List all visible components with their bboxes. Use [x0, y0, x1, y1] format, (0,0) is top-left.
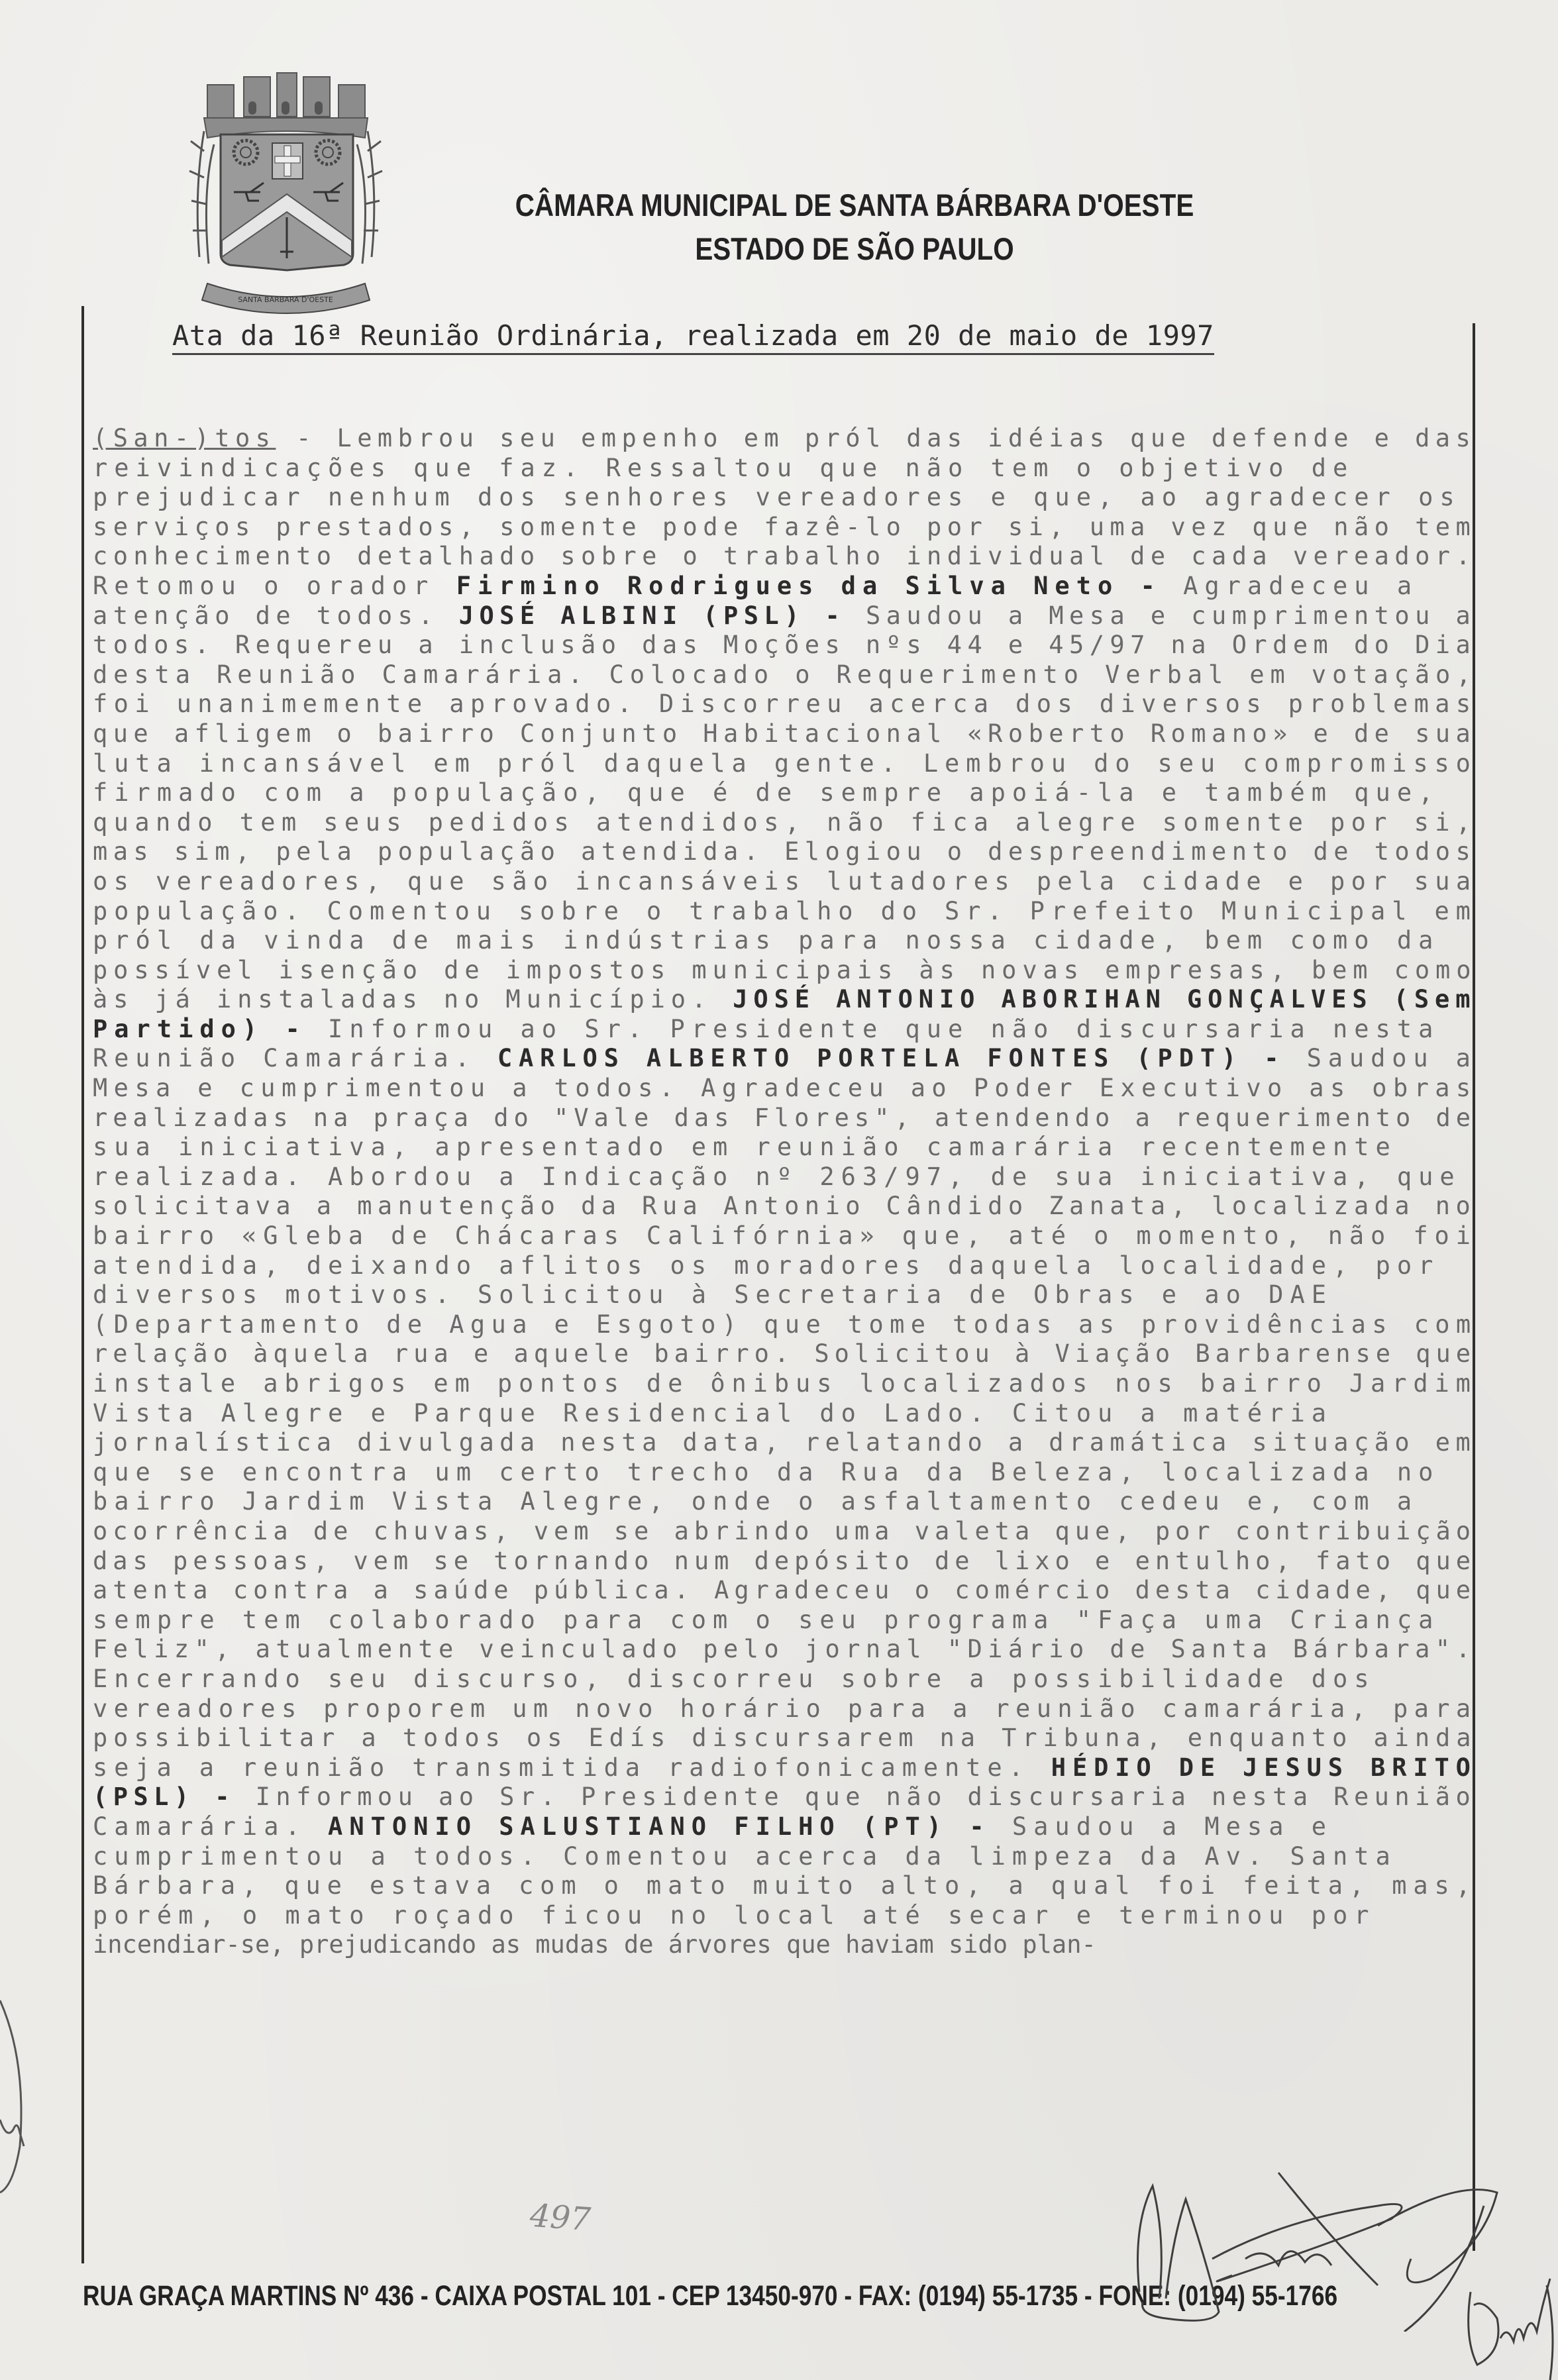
minutes-text: prejudicar nenhum dos senhores vereadore… [93, 483, 1461, 511]
speaker-name: ANTONIO SALUSTIANO FILHO (PT) - [328, 1812, 991, 1841]
minutes-text: quando tem seus pedidos atendidos, não f… [93, 808, 1477, 837]
minutes-text: mas sim, pela população atendida. Elogio… [93, 837, 1476, 866]
minutes-line: diversos motivos. Solicitou à Secretaria… [93, 1280, 1471, 1310]
minutes-text: desta Reunião Camarária. Colocado o Requ… [93, 660, 1477, 689]
minutes-text: atendida, deixando aflitos os moradores … [93, 1251, 1439, 1280]
minutes-line: Partido) - Informou ao Sr. Presidente qu… [93, 1015, 1471, 1045]
minutes-line: vereadores proporem um novo horário para… [93, 1694, 1471, 1724]
minutes-text: Saudou a Mesa e [991, 1812, 1333, 1841]
minutes-text: instale abrigos em pontos de ônibus loca… [93, 1369, 1477, 1398]
minutes-text: Feliz", atualmente veinculado pelo jorna… [93, 1635, 1476, 1663]
minutes-text: pról da vinda de mais indústrias para no… [93, 926, 1439, 955]
minutes-line: Encerrando seu discurso, discorreu sobre… [93, 1665, 1471, 1694]
minutes-text: vereadores proporem um novo horário para… [93, 1694, 1477, 1723]
minutes-text: às já instaladas no Município. [93, 985, 733, 1013]
minutes-line: foi unanimemente aprovado. Discorreu ace… [93, 690, 1471, 719]
minutes-line: realizadas na praça do "Vale das Flores"… [93, 1104, 1471, 1133]
minutes-text: Reunião Camarária. [93, 1044, 497, 1072]
minutes-text: diversos motivos. Solicitou à Secretaria… [93, 1280, 1333, 1309]
minutes-line: atenção de todos. JOSÉ ALBINI (PSL) - Sa… [93, 601, 1471, 631]
minutes-line: bairro Jardim Vista Alegre, onde o asfal… [93, 1487, 1471, 1517]
minutes-line: reivindicações que faz. Ressaltou que nã… [93, 454, 1471, 484]
speaker-name: CARLOS ALBERTO PORTELA FONTES (PDT) - [497, 1044, 1286, 1072]
minutes-line: jornalística divulgada nesta data, relat… [93, 1428, 1471, 1458]
minutes-text: firmado com a população, que é de sempre… [93, 778, 1439, 807]
minutes-text: Informou ao Sr. Presidente que não discu… [307, 1015, 1440, 1043]
speaker-name: JOSÉ ALBINI (PSL) - [459, 601, 845, 630]
minutes-text: seja a reunião transmitida radiofonicame… [93, 1753, 1051, 1782]
minutes-line: ocorrência de chuvas, vem se abrindo uma… [93, 1517, 1471, 1547]
minutes-title-text: Ata da 16ª Reunião Ordinária, realizada … [172, 319, 1214, 355]
minutes-text: atenta contra a saúde pública. Agradeceu… [93, 1576, 1476, 1604]
minutes-line: seja a reunião transmitida radiofonicame… [93, 1753, 1471, 1783]
continued-word: (San-)tos [93, 424, 276, 452]
minutes-text: os vereadores, que são incansáveis lutad… [93, 867, 1477, 896]
minutes-text: Vista Alegre e Parque Residencial do Lad… [93, 1399, 1333, 1427]
minutes-line: os vereadores, que são incansáveis lutad… [93, 867, 1471, 897]
minutes-text: luta incansável em pról daquela gente. L… [93, 749, 1477, 778]
minutes-line: possibilitar a todos os Edís discursarem… [93, 1724, 1471, 1753]
minutes-line: cumprimentou a todos. Comentou acerca da… [93, 1842, 1471, 1872]
minutes-text: relação àquela rua e aquele bairro. Soli… [93, 1339, 1476, 1368]
minutes-line: porém, o mato roçado ficou no local até … [93, 1901, 1471, 1931]
minutes-line: atendida, deixando aflitos os moradores … [93, 1251, 1471, 1281]
minutes-line: quando tem seus pedidos atendidos, não f… [93, 808, 1471, 838]
minutes-text: todos. Requereu a inclusão das Moções nº… [93, 631, 1476, 659]
minutes-text: serviços prestados, somente pode fazê-lo… [93, 513, 1476, 541]
minutes-body: (San-)tos - Lembrou seu empenho em pról … [93, 424, 1471, 1960]
minutes-text: solicitava a manutenção da Rua Antonio C… [93, 1192, 1476, 1220]
speaker-name: Partido) - [93, 1015, 307, 1043]
minutes-line: todos. Requereu a inclusão das Moções nº… [93, 631, 1471, 660]
minutes-text: reivindicações que faz. Ressaltou que nã… [93, 454, 1354, 482]
minutes-text: Bárbara, que estava com o mato muito alt… [93, 1871, 1477, 1900]
minutes-text: que afligem o bairro Conjunto Habitacion… [93, 719, 1476, 748]
minutes-line: Retomou o orador Firmino Rodrigues da Si… [93, 572, 1471, 601]
minutes-line: (Departamento de Agua e Esgoto) que tome… [93, 1310, 1471, 1340]
minutes-line: sua iniciativa, apresentado em reunião c… [93, 1133, 1471, 1163]
minutes-line: sempre tem colaborado para com o seu pro… [93, 1606, 1471, 1635]
minutes-text: atenção de todos. [93, 601, 459, 630]
minutes-text: possibilitar a todos os Edís discursarem… [93, 1724, 1477, 1752]
minutes-text: realizada. Abordou a Indicação nº 263/97… [93, 1163, 1461, 1191]
minutes-text: sua iniciativa, apresentado em reunião c… [93, 1133, 1397, 1161]
minutes-line: que se encontra um certo trecho da Rua d… [93, 1458, 1471, 1488]
minutes-line: luta incansável em pról daquela gente. L… [93, 749, 1471, 779]
minutes-text: bairro «Gleba de Chácaras Califórnia» qu… [93, 1221, 1477, 1250]
minutes-text: Informou ao Sr. Presidente que não discu… [235, 1783, 1476, 1811]
minutes-text: Encerrando seu discurso, discorreu sobre… [93, 1665, 1376, 1693]
minutes-text: cumprimentou a todos. Comentou acerca da… [93, 1842, 1397, 1871]
minutes-line: Camarária. ANTONIO SALUSTIANO FILHO (PT)… [93, 1812, 1471, 1842]
left-margin-line [81, 306, 84, 2263]
minutes-text: Saudou a [1285, 1044, 1477, 1072]
minutes-line: realizada. Abordou a Indicação nº 263/97… [93, 1163, 1471, 1192]
minutes-text: Saudou a Mesa e cumprimentou a [845, 601, 1476, 630]
footer-address: RUA GRAÇA MARTINS Nº 436 - CAIXA POSTAL … [83, 2280, 1288, 2312]
minutes-text: Mesa e cumprimentou a todos. Agradeceu a… [93, 1074, 1477, 1102]
state-name: ESTADO DE SÃO PAULO [484, 231, 1225, 267]
minutes-text: jornalística divulgada nesta data, relat… [93, 1428, 1476, 1457]
minutes-line: que afligem o bairro Conjunto Habitacion… [93, 719, 1471, 749]
minutes-line: conhecimento detalhado sobre o trabalho … [93, 542, 1471, 572]
minutes-text: conhecimento detalhado sobre o trabalho … [93, 542, 1476, 570]
minutes-text: foi unanimemente aprovado. Discorreu ace… [93, 690, 1477, 718]
institution-name: CÂMARA MUNICIPAL DE SANTA BÁRBARA D'OEST… [484, 187, 1225, 223]
minutes-text: bairro Jardim Vista Alegre, onde o asfal… [93, 1487, 1418, 1516]
minutes-line: (San-)tos - Lembrou seu empenho em pról … [93, 424, 1471, 454]
minutes-text: que se encontra um certo trecho da Rua d… [93, 1458, 1439, 1486]
minutes-text: Retomou o orador [93, 572, 456, 600]
minutes-text: - Lembrou seu empenho em pról das idéias… [276, 424, 1476, 452]
minutes-line: pról da vinda de mais indústrias para no… [93, 926, 1471, 956]
minutes-text: ocorrência de chuvas, vem se abrindo uma… [93, 1517, 1476, 1545]
minutes-line: Bárbara, que estava com o mato muito alt… [93, 1871, 1471, 1901]
minutes-text: realizadas na praça do "Vale das Flores"… [93, 1104, 1476, 1132]
minutes-line: Feliz", atualmente veinculado pelo jorna… [93, 1635, 1471, 1665]
minutes-line: mas sim, pela população atendida. Elogio… [93, 837, 1471, 867]
minutes-line: desta Reunião Camarária. Colocado o Requ… [93, 660, 1471, 690]
minutes-line: firmado com a população, que é de sempre… [93, 778, 1471, 808]
speaker-name: JOSÉ ANTONIO ABORIHAN GONÇALVES (Sem [733, 985, 1476, 1013]
minutes-line: Reunião Camarária. CARLOS ALBERTO PORTEL… [93, 1044, 1471, 1074]
minutes-text: (Departamento de Agua e Esgoto) que tome… [93, 1310, 1477, 1339]
minutes-line: população. Comentou sobre o trabalho do … [93, 897, 1471, 927]
minutes-text: possível isenção de impostos municipais … [93, 956, 1477, 984]
minutes-line: Mesa e cumprimentou a todos. Agradeceu a… [93, 1074, 1471, 1104]
minutes-line: serviços prestados, somente pode fazê-lo… [93, 513, 1471, 543]
minutes-text: porém, o mato roçado ficou no local até … [93, 1901, 1376, 1930]
speaker-name: Firmino Rodrigues da Silva Neto - [456, 572, 1162, 600]
speaker-name: HÉDIO DE JESUS BRITO [1051, 1753, 1477, 1782]
minutes-line: prejudicar nenhum dos senhores vereadore… [93, 483, 1471, 513]
minutes-line: bairro «Gleba de Chácaras Califórnia» qu… [93, 1221, 1471, 1251]
minutes-text: Camarária. [93, 1812, 328, 1841]
minutes-line: das pessoas, vem se tornando num depósit… [93, 1547, 1471, 1577]
minutes-line: instale abrigos em pontos de ônibus loca… [93, 1369, 1471, 1399]
minutes-line: solicitava a manutenção da Rua Antonio C… [93, 1192, 1471, 1221]
minutes-title: Ata da 16ª Reunião Ordinária, realizada … [172, 319, 1398, 352]
coat-of-arms-icon: SANTA BARBARA D'OESTE [187, 72, 384, 317]
svg-text:SANTA BARBARA D'OESTE: SANTA BARBARA D'OESTE [238, 295, 333, 304]
minutes-line: às já instaladas no Município. JOSÉ ANTO… [93, 985, 1471, 1015]
handwritten-page-number: 497 [529, 2197, 592, 2238]
minutes-text: incendiar-se, prejudicando as mudas de á… [93, 1930, 1096, 1959]
minutes-text: das pessoas, vem se tornando num depósit… [93, 1547, 1476, 1575]
minutes-line: atenta contra a saúde pública. Agradeceu… [93, 1576, 1471, 1606]
minutes-line: incendiar-se, prejudicando as mudas de á… [93, 1930, 1471, 1960]
minutes-line: (PSL) - Informou ao Sr. Presidente que n… [93, 1783, 1471, 1812]
minutes-text: sempre tem colaborado para com o seu pro… [93, 1606, 1439, 1634]
minutes-text: população. Comentou sobre o trabalho do … [93, 897, 1477, 925]
minutes-text: Agradeceu a [1162, 572, 1418, 600]
speaker-name: (PSL) - [93, 1783, 235, 1811]
minutes-line: relação àquela rua e aquele bairro. Soli… [93, 1339, 1471, 1369]
minutes-line: possível isenção de impostos municipais … [93, 956, 1471, 986]
minutes-line: Vista Alegre e Parque Residencial do Lad… [93, 1399, 1471, 1429]
